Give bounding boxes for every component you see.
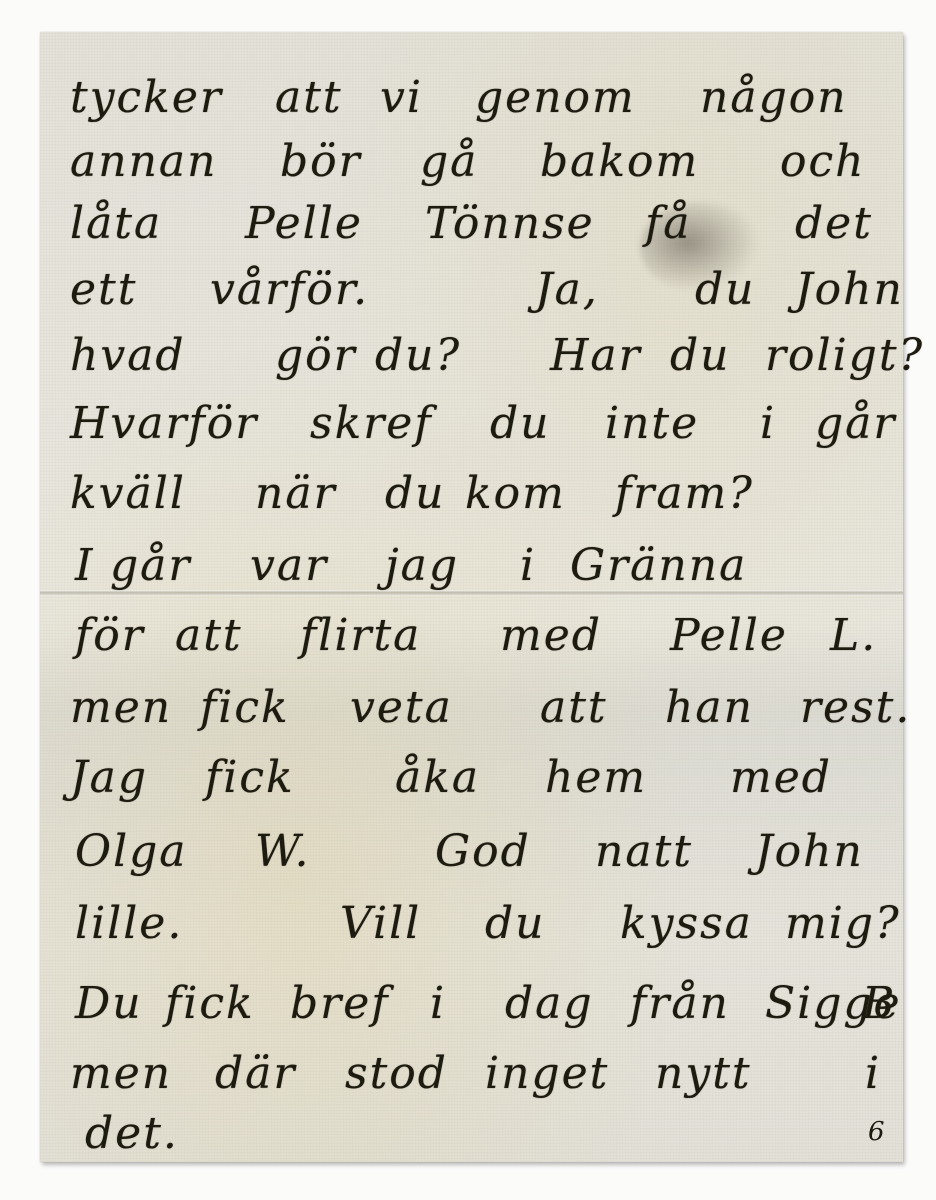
- word: från: [630, 974, 730, 1034]
- word: W.: [255, 822, 311, 882]
- word: John: [755, 822, 864, 882]
- word: bör: [280, 132, 362, 192]
- word: gör: [275, 326, 357, 386]
- word: rest.: [800, 678, 911, 738]
- word: att: [540, 678, 608, 738]
- handwritten-line: men där stod inget nytt i: [40, 1044, 903, 1104]
- word: dag: [505, 974, 594, 1034]
- word: du: [485, 894, 546, 954]
- word: skref: [310, 394, 433, 454]
- word: kväll: [70, 464, 186, 524]
- word: och: [780, 132, 865, 192]
- word: för: [75, 606, 145, 666]
- word: Jag: [70, 748, 148, 808]
- word: Pelle: [670, 606, 788, 666]
- word: Ja,: [535, 260, 599, 320]
- word: går: [815, 394, 896, 454]
- word: fram?: [615, 464, 754, 524]
- word: Tönnse: [425, 194, 595, 254]
- handwritten-line: men fick veta att han rest.: [40, 678, 903, 738]
- word: att: [275, 68, 343, 128]
- word: Pelle: [245, 194, 363, 254]
- handwritten-line: för att flirta med Pelle L.: [40, 606, 903, 666]
- word: mig?: [785, 894, 901, 954]
- word: någon: [700, 68, 848, 128]
- word: nytt: [655, 1044, 752, 1104]
- word: med: [730, 748, 832, 808]
- word: fick: [165, 974, 255, 1034]
- word: men: [70, 678, 172, 738]
- word: du?: [375, 326, 461, 386]
- word: där: [215, 1044, 296, 1104]
- word: Gränna: [570, 536, 747, 596]
- word: Du: [75, 974, 143, 1034]
- word: annan: [70, 132, 217, 192]
- handwritten-line: lille. Vill du kyssa mig?: [40, 894, 903, 954]
- word: få: [645, 194, 692, 254]
- page-number: 6: [868, 1117, 885, 1147]
- word: åka: [395, 748, 480, 808]
- handwritten-line: hvad gör du? Har du roligt?: [40, 326, 903, 386]
- word: fick: [200, 678, 290, 738]
- word: B: [862, 974, 896, 1034]
- word: Vill: [340, 894, 421, 954]
- word: ett: [70, 260, 137, 320]
- word: natt: [595, 822, 693, 882]
- word: du: [490, 394, 551, 454]
- word: när: [255, 464, 337, 524]
- handwritten-line: låta Pelle Tönnse få det: [40, 194, 903, 254]
- word: bakom: [540, 132, 699, 192]
- letter-sheet: tycker att vi genom någon annan bör gå b…: [40, 32, 903, 1162]
- word: i: [430, 974, 446, 1034]
- handwritten-line: det.: [40, 1104, 903, 1164]
- word: Olga: [75, 822, 188, 882]
- word: att: [175, 606, 243, 666]
- word: du: [670, 326, 731, 386]
- handwritten-line: kväll när du kom fram?: [40, 464, 903, 524]
- word: jag: [385, 536, 459, 596]
- word: bref: [290, 974, 390, 1034]
- word: gå: [420, 132, 478, 192]
- word: God: [435, 822, 531, 882]
- word: vi: [380, 68, 423, 128]
- word: du: [695, 260, 756, 320]
- word: tycker: [70, 68, 223, 128]
- word: låta: [70, 194, 162, 254]
- word: genom: [475, 68, 636, 128]
- word: i: [865, 1044, 881, 1104]
- word: veta: [350, 678, 453, 738]
- word: i: [760, 394, 776, 454]
- handwritten-line: Jag fick åka hem med: [40, 748, 903, 808]
- word: flirta: [300, 606, 421, 666]
- word: med: [500, 606, 602, 666]
- handwritten-line: Hvarför skref du inte i går: [40, 394, 903, 454]
- word: lille.: [75, 894, 183, 954]
- word: inte: [605, 394, 699, 454]
- word: du: [385, 464, 446, 524]
- word: John: [795, 260, 904, 320]
- handwritten-line: tycker att vi genom någon: [40, 68, 903, 128]
- word: hem: [545, 748, 647, 808]
- scanned-page: tycker att vi genom någon annan bör gå b…: [0, 0, 936, 1200]
- word: hvad: [70, 326, 186, 386]
- word: I: [75, 536, 94, 596]
- word: stod: [345, 1044, 448, 1104]
- word: vårför.: [210, 260, 369, 320]
- word: var: [250, 536, 328, 596]
- word: han: [665, 678, 754, 738]
- word: L.: [830, 606, 877, 666]
- word: det.: [85, 1104, 179, 1164]
- word: kom: [465, 464, 566, 524]
- handwritten-line: ett vårför. Ja, du John: [40, 260, 903, 320]
- handwritten-line: Olga W. God natt John: [40, 822, 903, 882]
- handwritten-line: annan bör gå bakom och: [40, 132, 903, 192]
- word: inget: [485, 1044, 609, 1104]
- word: Har: [550, 326, 642, 386]
- handwritten-line: I går var jag i Gränna: [40, 536, 903, 596]
- word: i: [520, 536, 536, 596]
- word: fick: [205, 748, 295, 808]
- word: men: [70, 1044, 172, 1104]
- handwritten-line: Du fick bref i dag från Sigge B: [40, 974, 903, 1034]
- word: det: [795, 194, 873, 254]
- word: kyssa: [620, 894, 753, 954]
- word: går: [110, 536, 191, 596]
- word: Hvarför: [70, 394, 258, 454]
- word: roligt?: [765, 326, 924, 386]
